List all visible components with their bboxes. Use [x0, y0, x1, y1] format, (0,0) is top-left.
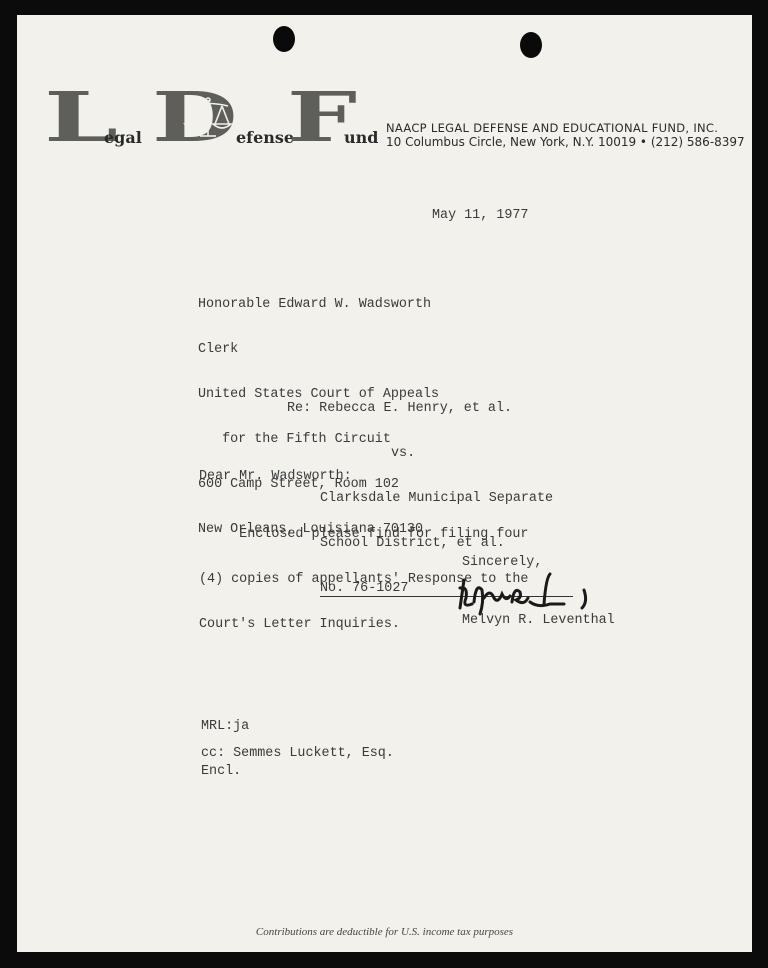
enclosure-note: Encl. [201, 764, 249, 779]
body-line: Enclosed please find for filing four [199, 527, 528, 542]
re-plaintiff: Rebecca E. Henry, et al. [319, 401, 512, 416]
letter-date: May 11, 1977 [432, 208, 528, 223]
scales-of-justice-icon [182, 96, 234, 142]
re-vs: vs. [287, 446, 573, 461]
ldf-logo: L egal D efense F und [44, 90, 374, 150]
footer-note: Contributions are deductible for U.S. in… [17, 926, 752, 938]
logo-word-und: und [344, 128, 378, 147]
recipient-line: Clerk [198, 342, 439, 357]
logo-word-egal: egal [104, 128, 142, 147]
initials: MRL:ja [201, 719, 249, 734]
organization-address: 10 Columbus Circle, New York, N.Y. 10019… [386, 135, 745, 150]
signer-name: Melvyn R. Leventhal [462, 613, 615, 628]
punch-hole [273, 26, 295, 52]
logo-word-efense: efense [236, 128, 294, 147]
cc-line: cc: Semmes Luckett, Esq. [201, 746, 394, 761]
letter-page: L egal D efense F und NAACP LEGAL DEFENS… [17, 15, 752, 952]
re-label: Re: [287, 401, 311, 416]
organization-name: NAACP LEGAL DEFENSE AND EDUCATIONAL FUND… [386, 121, 745, 135]
signature [454, 568, 604, 618]
punch-hole [520, 32, 542, 58]
organization-info: NAACP LEGAL DEFENSE AND EDUCATIONAL FUND… [386, 121, 745, 150]
recipient-line: Honorable Edward W. Wadsworth [198, 297, 439, 312]
salutation: Dear Mr. Wadsworth: [199, 469, 352, 484]
